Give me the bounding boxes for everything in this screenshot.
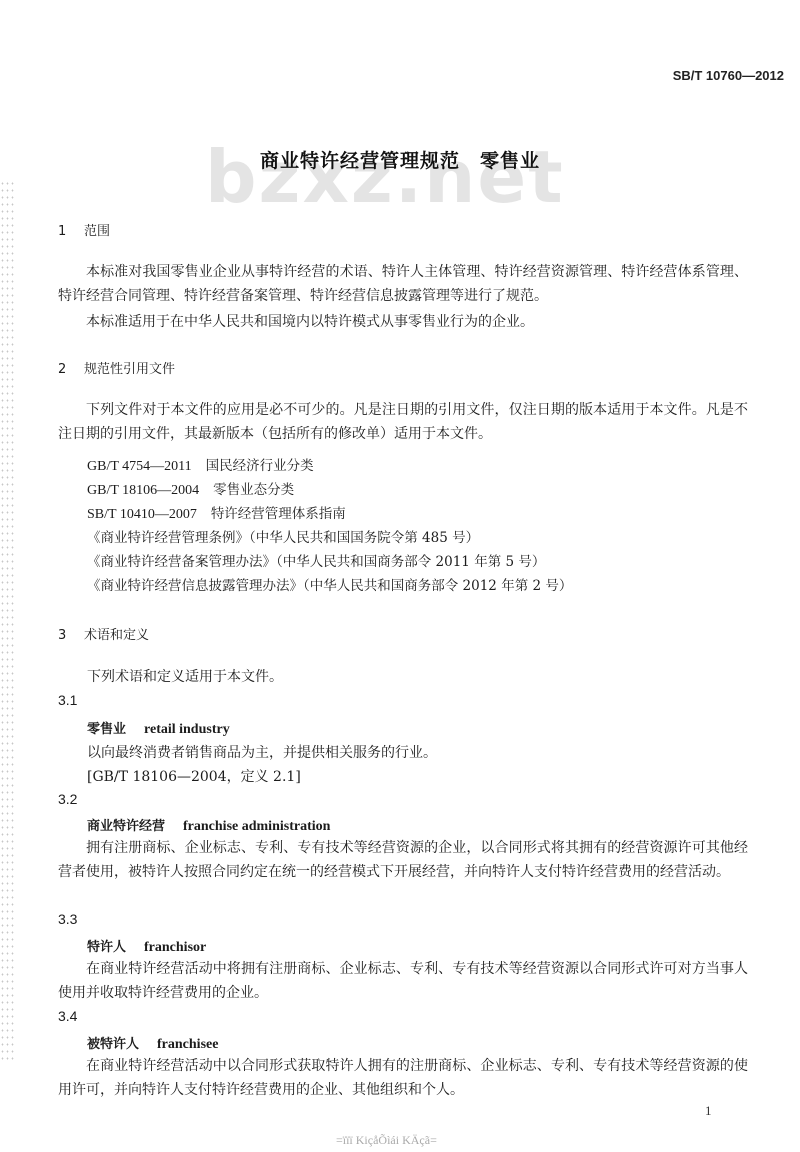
term-definition: 拥有注册商标、企业标志、专利、专有技术等经营资源的企业，以合同形式将其拥有的经营… [58,836,748,884]
reference-item: 《商业特许经营备案管理办法》（中华人民共和国商务部令 2011 年第 5 号） [87,550,545,570]
section-1-paragraph-2: 本标准适用于在中华人民共和国境内以特许模式从事零售业行为的企业。 [58,310,748,334]
term-number: 3.1 [58,692,77,708]
term-en: franchise administration [183,819,330,834]
document-page: SB/T 10760—2012 bzxz.net 商业特许经营管理规范 零售业 … [0,0,800,1152]
section-title: 术语和定义 [84,628,149,643]
reference-item: 《商业特许经营管理条例》（中华人民共和国国务院令第 485 号） [87,526,479,546]
section-3-intro: 下列术语和定义适用于本文件。 [87,666,283,686]
term-en: franchisee [157,1037,218,1052]
page-number: 1 [705,1103,712,1119]
section-2-heading: 2规范性引用文件 [58,358,175,377]
term-en: retail industry [144,722,230,737]
term-zh: 被特许人 [87,1037,139,1052]
standard-number: SB/T 10760—2012 [673,68,784,83]
term-heading: 商业特许经营franchise administration [87,815,330,835]
scan-noise-edge [0,180,16,1060]
reference-title: 零售业态分类 [213,482,294,498]
section-title: 规范性引用文件 [84,362,175,377]
reference-item: SB/T 10410—2007特许经营管理体系指南 [87,502,346,523]
term-number: 3.4 [58,1008,77,1024]
reference-code: GB/T 4754—2011 [87,459,192,475]
term-zh: 商业特许经营 [87,819,165,834]
term-number: 3.3 [58,911,77,927]
term-definition: 在商业特许经营活动中将拥有注册商标、企业标志、专利、专有技术等经营资源以合同形式… [58,957,748,1005]
section-1-paragraph-1: 本标准对我国零售业企业从事特许经营的术语、特许人主体管理、特许经营资源管理、特许… [58,260,748,308]
section-number: 3 [58,628,84,643]
section-number: 1 [58,224,84,239]
reference-title: 国民经济行业分类 [206,458,314,474]
section-number: 2 [58,362,84,377]
reference-code: GB/T 18106—2004 [87,483,199,499]
term-heading: 被特许人franchisee [87,1033,218,1053]
section-1-heading: 1范围 [58,220,110,239]
term-definition: 在商业特许经营活动中以合同形式获取特许人拥有的注册商标、企业标志、专利、专有技术… [58,1054,748,1102]
term-en: franchisor [144,940,206,955]
reference-item: GB/T 4754—2011国民经济行业分类 [87,454,314,475]
section-3-heading: 3术语和定义 [58,624,149,643]
section-2-intro: 下列文件对于本文件的应用是必不可少的。凡是注日期的引用文件，仅注日期的版本适用于… [58,398,748,446]
term-definition: 以向最终消费者销售商品为主，并提供相关服务的行业。 [87,742,437,762]
reference-title: 特许经营管理体系指南 [211,506,346,522]
document-title: 商业特许经营管理规范 零售业 [0,146,800,173]
term-source: [GB/T 18106—2004，定义 2.1] [87,766,301,786]
section-title: 范围 [84,224,110,239]
reference-item: GB/T 18106—2004零售业态分类 [87,478,294,499]
reference-code: SB/T 10410—2007 [87,507,197,523]
term-heading: 特许人franchisor [87,936,206,956]
reference-item: 《商业特许经营信息披露管理办法》（中华人民共和国商务部令 2012 年第 2 号… [87,574,572,594]
term-heading: 零售业retail industry [87,718,230,738]
term-zh: 零售业 [87,722,126,737]
term-zh: 特许人 [87,940,126,955]
term-number: 3.2 [58,791,77,807]
footer-watermark: =ïïï KiçåÕìái KÄçã= [336,1133,437,1148]
